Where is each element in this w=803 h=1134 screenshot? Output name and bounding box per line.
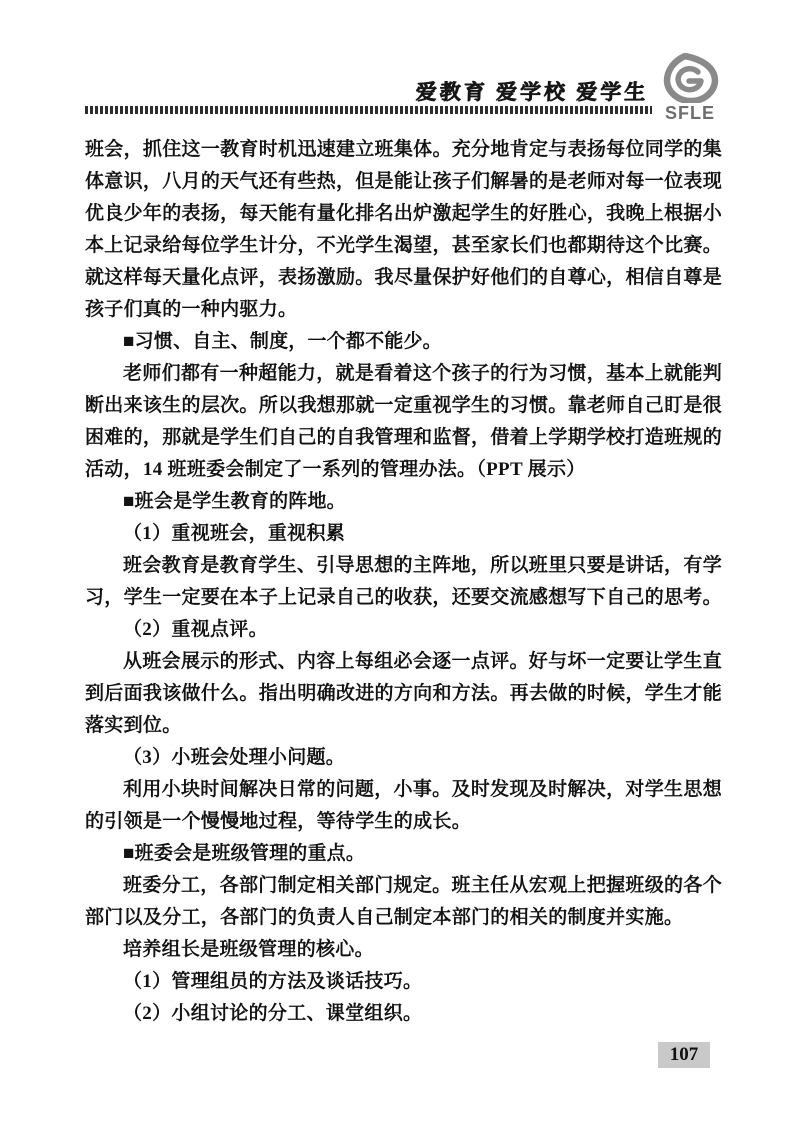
section-heading: ■习惯、自主、制度，一个都不能少。 [85,326,722,358]
droplet-g-logo-icon [661,53,719,103]
paragraph: （1）管理组员的方法及谈话技巧。 [85,966,722,998]
paragraph: 班会，抓住这一教育时机迅速建立班集体。充分地肯定与表扬每位同学的集体意识，八月的… [85,134,722,326]
paragraph: （1）重视班会，重视积累 [85,518,722,550]
paragraph: 培养组长是班级管理的核心。 [85,934,722,966]
paragraph: 老师们都有一种超能力，就是看着这个孩子的行为习惯，基本上就能判断出来该生的层次。… [85,358,722,486]
paragraph: （2）小组讨论的分工、课堂组织。 [85,998,722,1030]
book-page: 爱教育 爱学校 爱学生 SFLE 班会，抓住这一教育时机迅速建立班集体。充分地肯… [0,0,803,1134]
paragraph: 班委分工，各部门制定相关部门规定。班主任从宏观上把握班级的各个部门以及分工，各部… [85,870,722,934]
header-left: 爱教育 爱学校 爱学生 [85,80,652,124]
section-heading: ■班会是学生教育的阵地。 [85,486,722,518]
page-header: 爱教育 爱学校 爱学生 SFLE [85,0,724,124]
paragraph: 从班会展示的形式、内容上每组必会逐一点评。好与坏一定要让学生直到后面我该做什么。… [85,646,722,742]
paragraph: 利用小块时间解决日常的问题，小事。及时发现及时解决，对学生思想的引领是一个慢慢地… [85,774,722,838]
sfle-logo-text: SFLE [665,104,715,122]
paragraph: 班会教育是教育学生、引导思想的主阵地，所以班里只要是讲话，有学习，学生一定要在本… [85,550,722,614]
page-body: 班会，抓住这一教育时机迅速建立班集体。充分地肯定与表扬每位同学的集体意识，八月的… [85,134,722,1030]
section-heading: ■班委会是班级管理的重点。 [85,838,722,870]
paragraph: （3）小班会处理小问题。 [85,742,722,774]
page-number: 107 [658,1042,710,1068]
sfle-logo: SFLE [656,53,724,124]
paragraph: （2）重视点评。 [85,614,722,646]
header-dashed-rule [85,106,652,114]
header-slogan: 爱教育 爱学校 爱学生 [85,80,653,104]
